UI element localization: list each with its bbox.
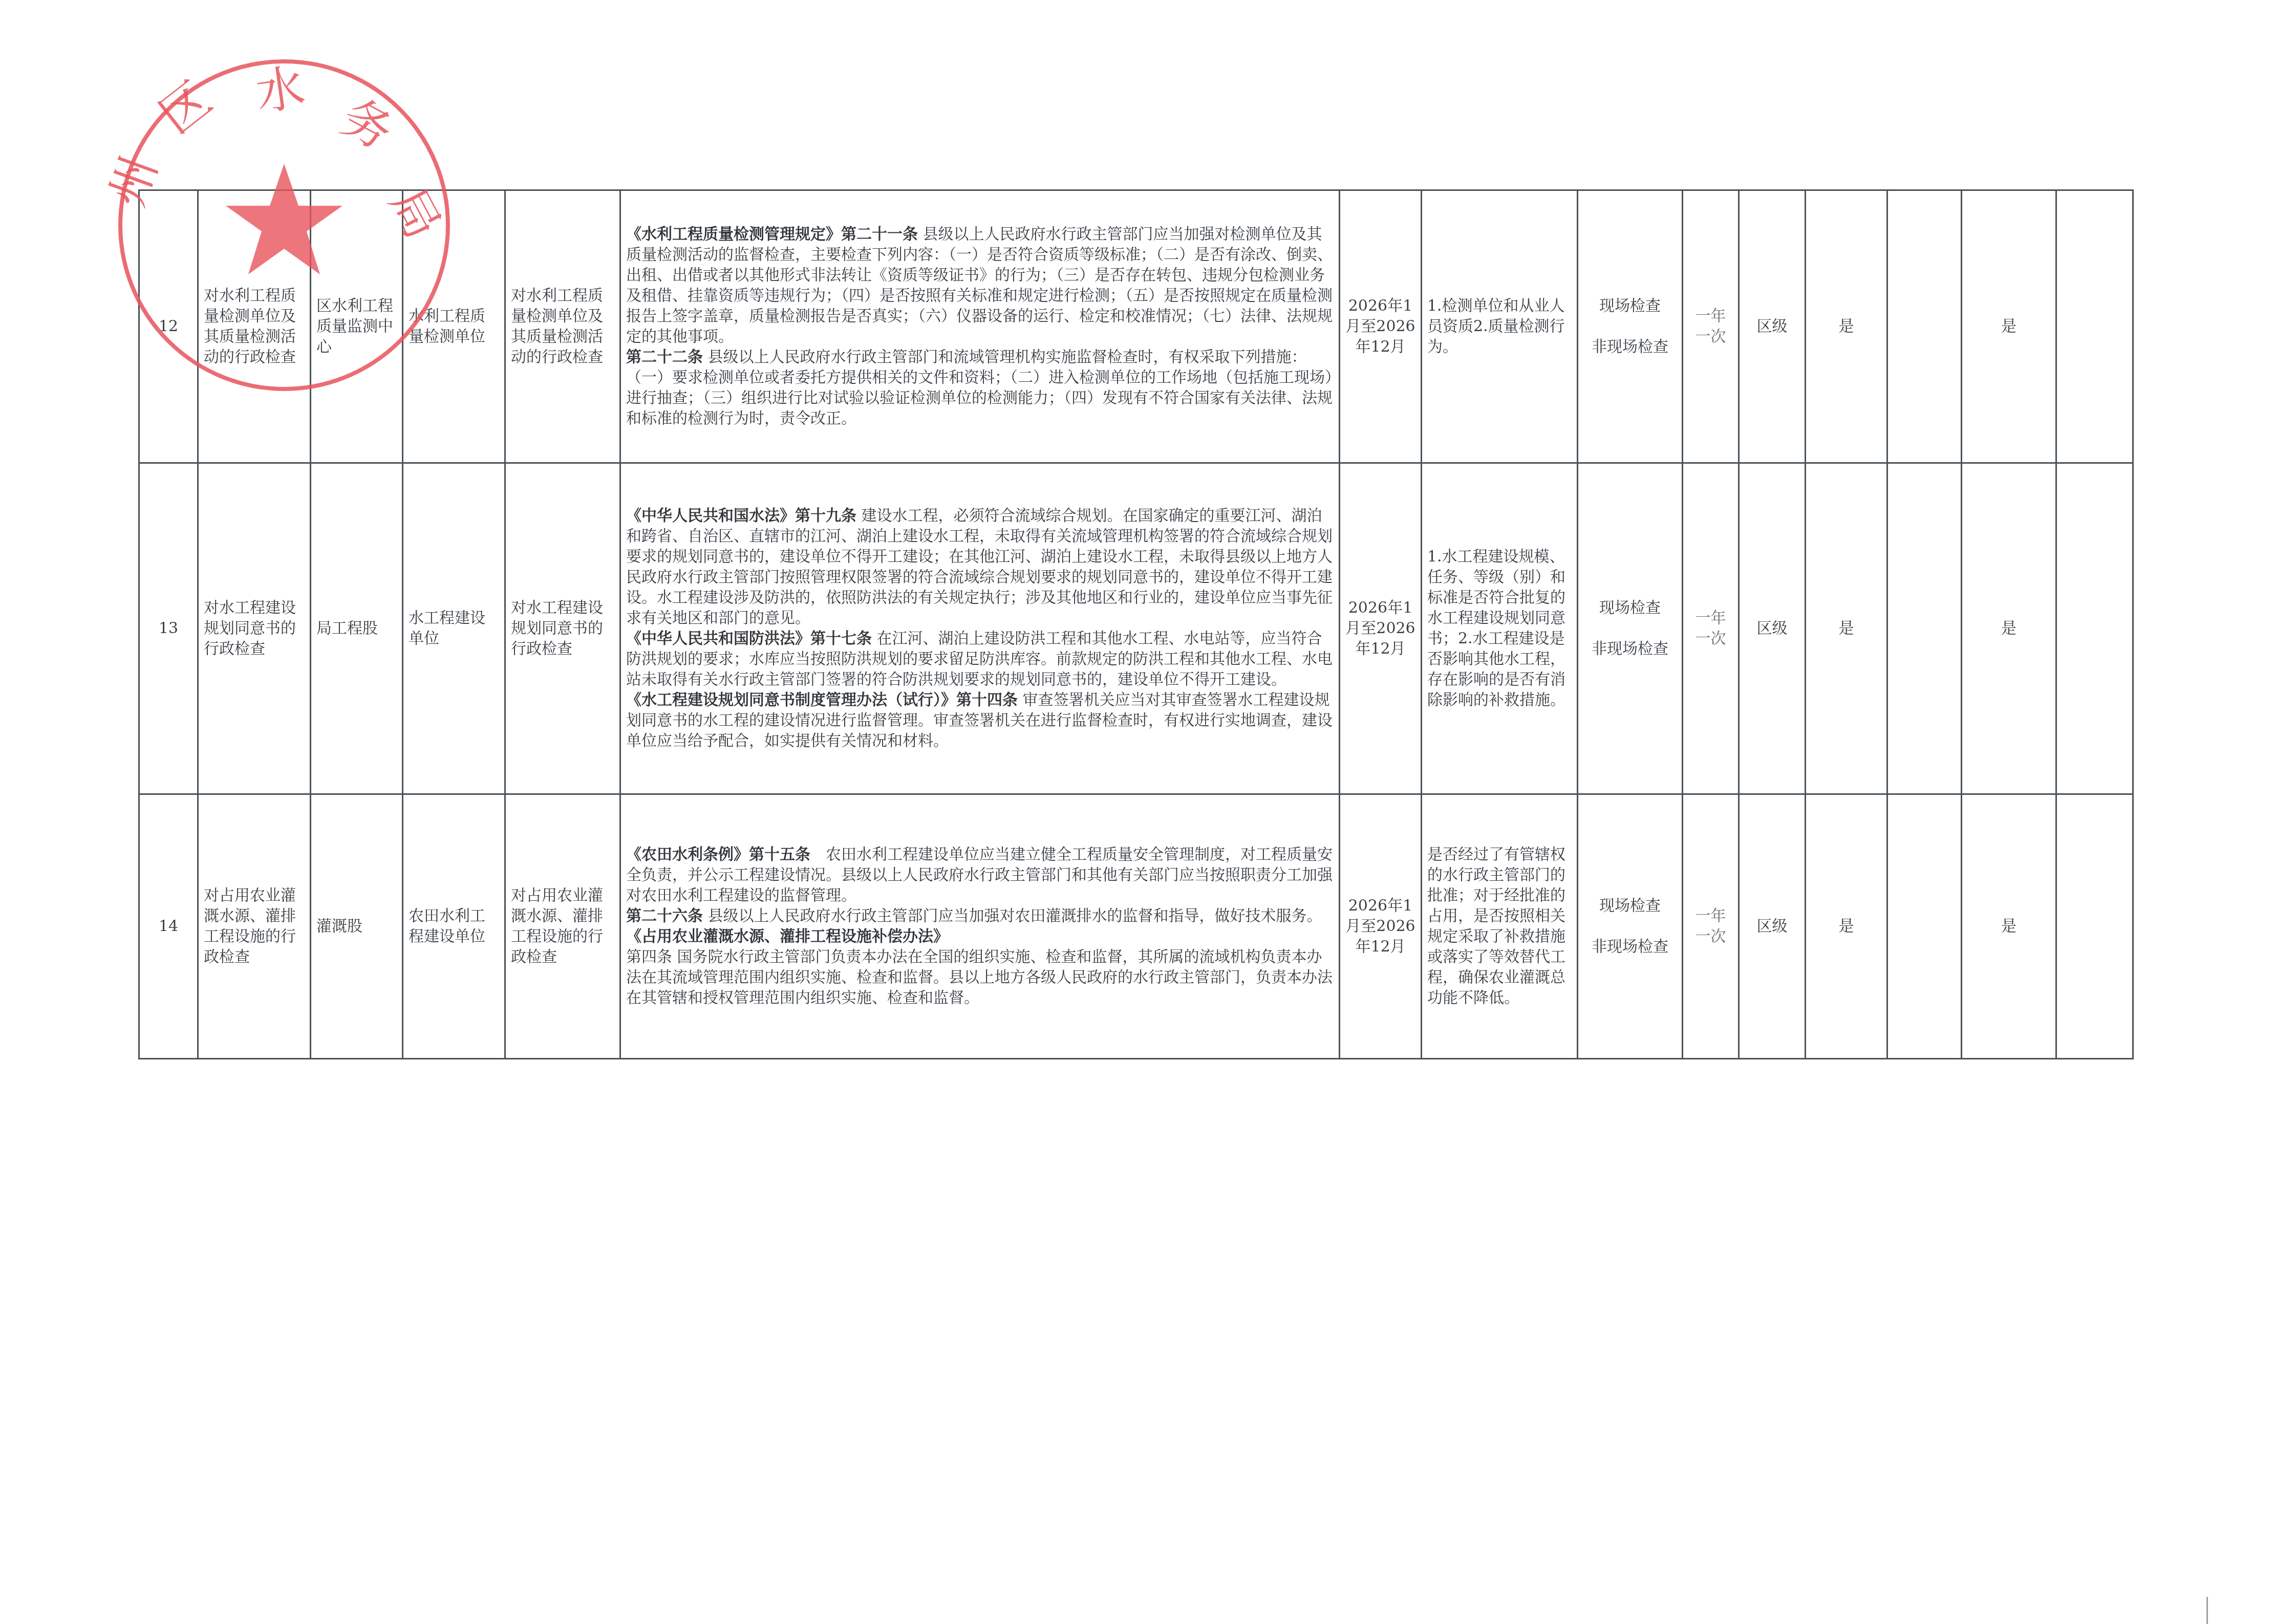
- law-text: 县级以上人民政府水行政主管部门应当加强对农田灌溉排水的监督和指导，做好技术服务。: [703, 907, 1322, 925]
- law-title: 《占用农业灌溉水源、灌排工程设施补偿办法》: [626, 927, 949, 945]
- inspection-key-points: 是否经过了有管辖权的水行政主管部门的批准；对于经批准的占用，是否按照相关规定采取…: [1422, 794, 1578, 1059]
- inspection-method: 现场检查非现场检查: [1578, 190, 1683, 463]
- legal-basis: 《中华人民共和国水法》第十九条 建设水工程，必须符合流域综合规划。在国家确定的重…: [620, 463, 1340, 794]
- law-title: 《中华人民共和国水法》第十九条: [626, 507, 856, 525]
- inspection-table: 12对水利工程质量检测单位及其质量检测活动的行政检查区水利工程质量监测中心水利工…: [138, 189, 2134, 1059]
- law-title: 第二十六条: [626, 907, 703, 925]
- flag-column-a: 是: [1806, 794, 1887, 1059]
- flag-column-c: 是: [1962, 794, 2056, 1059]
- inspection-key-points: 1.检测单位和从业人员资质2.质量检测行为。: [1422, 190, 1578, 463]
- law-text: 建设水工程，必须符合流域综合规划。在国家确定的重要江河、湖泊和跨省、自治区、直辖…: [626, 507, 1333, 627]
- flag-column-c: 是: [1962, 190, 2056, 463]
- responsible-department: 区水利工程质量监测中心: [311, 190, 403, 463]
- flag-column-b: [1887, 794, 1962, 1059]
- table-row: 13对水工程建设规划同意书的行政检查局工程股水工程建设单位对水工程建设规划同意书…: [139, 463, 2133, 794]
- inspection-frequency: 一年一次: [1683, 794, 1739, 1059]
- law-title: 《水利工程质量检测管理规定》第二十一条: [626, 225, 918, 243]
- row-number: 12: [139, 190, 198, 463]
- inspection-level: 区级: [1739, 794, 1806, 1059]
- seal-character: 务: [332, 89, 402, 161]
- method-item: 现场检查: [1583, 896, 1677, 916]
- seal-character: 区: [149, 71, 222, 145]
- method-item: 现场检查: [1583, 296, 1677, 316]
- flag-column-b: [1887, 463, 1962, 794]
- legal-basis: 《水利工程质量检测管理规定》第二十一条 县级以上人民政府水行政主管部门应当加强对…: [620, 190, 1340, 463]
- flag-column-d: [2056, 463, 2133, 794]
- legal-basis-paragraph: 第二十六条 县级以上人民政府水行政主管部门应当加强对农田灌溉排水的监督和指导，做…: [626, 906, 1334, 926]
- inspection-frequency: 一年一次: [1683, 463, 1739, 794]
- legal-basis-paragraph: 《农田水利条例》第十五条 农田水利工程建设单位应当建立健全工程质量安全管理制度，…: [626, 845, 1334, 906]
- legal-basis-paragraph: 《中华人民共和国防洪法》第十七条 在江河、湖泊上建设防洪工程和其他水工程、水电站…: [626, 629, 1334, 690]
- inspection-content: 对水工程建设规划同意书的行政检查: [505, 463, 620, 794]
- legal-basis: 《农田水利条例》第十五条 农田水利工程建设单位应当建立健全工程质量安全管理制度，…: [620, 794, 1340, 1059]
- method-spacer: [1583, 618, 1677, 639]
- legal-basis-paragraph: 《中华人民共和国水法》第十九条 建设水工程，必须符合流域综合规划。在国家确定的重…: [626, 506, 1334, 629]
- inspection-period: 2026年1月至2026年12月: [1340, 463, 1422, 794]
- inspection-object: 水工程建设单位: [403, 463, 505, 794]
- inspection-object: 水利工程质量检测单位: [403, 190, 505, 463]
- inspection-period: 2026年1月至2026年12月: [1340, 794, 1422, 1059]
- method-item: 非现场检查: [1583, 639, 1677, 659]
- inspection-level: 区级: [1739, 463, 1806, 794]
- flag-column-a: 是: [1806, 190, 1887, 463]
- row-number: 13: [139, 463, 198, 794]
- legal-basis-paragraph: 《水工程建设规划同意书制度管理办法（试行）》第十四条 审查签署机关应当对其审查签…: [626, 690, 1334, 751]
- flag-column-b: [1887, 190, 1962, 463]
- method-item: 现场检查: [1583, 598, 1677, 618]
- inspection-content: 对水利工程质量检测单位及其质量检测活动的行政检查: [505, 190, 620, 463]
- inspection-method: 现场检查非现场检查: [1578, 463, 1683, 794]
- law-title: 《中华人民共和国防洪法》第十七条: [626, 630, 872, 647]
- legal-basis-paragraph: 《占用农业灌溉水源、灌排工程设施补偿办法》: [626, 926, 1334, 947]
- row-number: 14: [139, 794, 198, 1059]
- method-item: 非现场检查: [1583, 937, 1677, 957]
- inspection-frequency: 一年一次: [1683, 190, 1739, 463]
- table-row: 12对水利工程质量检测单位及其质量检测活动的行政检查区水利工程质量监测中心水利工…: [139, 190, 2133, 463]
- seal-character: 水: [252, 59, 308, 122]
- law-title: 第二十二条: [626, 348, 703, 366]
- flag-column-a: 是: [1806, 463, 1887, 794]
- scan-corner-mark: [2206, 1597, 2208, 1624]
- law-title: 《水工程建设规划同意书制度管理办法（试行）》第十四条: [626, 691, 1018, 709]
- inspection-level: 区级: [1739, 190, 1806, 463]
- inspection-item-name: 对水工程建设规划同意书的行政检查: [198, 463, 311, 794]
- inspection-item-name: 对占用农业灌溉水源、灌排工程设施的行政检查: [198, 794, 311, 1059]
- method-spacer: [1583, 316, 1677, 337]
- legal-basis-paragraph: 第四条 国务院水行政主管部门负责本办法在全国的组织实施、检查和监督，其所属的流域…: [626, 947, 1334, 1008]
- flag-column-c: 是: [1962, 463, 2056, 794]
- legal-basis-paragraph: 《水利工程质量检测管理规定》第二十一条 县级以上人民政府水行政主管部门应当加强对…: [626, 224, 1334, 347]
- document-page: 12对水利工程质量检测单位及其质量检测活动的行政检查区水利工程质量监测中心水利工…: [0, 0, 2296, 1624]
- law-title: 《农田水利条例》第十五条: [626, 846, 810, 863]
- inspection-item-name: 对水利工程质量检测单位及其质量检测活动的行政检查: [198, 190, 311, 463]
- inspection-period: 2026年1月至2026年12月: [1340, 190, 1422, 463]
- inspection-key-points: 1.水工程建设规模、任务、等级（别）和标准是否符合批复的水工程建设规划同意书；2…: [1422, 463, 1578, 794]
- inspection-method: 现场检查非现场检查: [1578, 794, 1683, 1059]
- law-text: 县级以上人民政府水行政主管部门应当加强对检测单位及其质量检测活动的监督检查，主要…: [626, 225, 1333, 345]
- law-text: 县级以上人民政府水行政主管部门和流域管理机构实施监督检查时，有权采取下列措施：（…: [626, 348, 1333, 427]
- flag-column-d: [2056, 190, 2133, 463]
- table-row: 14对占用农业灌溉水源、灌排工程设施的行政检查灌溉股农田水利工程建设单位对占用农…: [139, 794, 2133, 1059]
- method-item: 非现场检查: [1583, 337, 1677, 357]
- legal-basis-paragraph: 第二十二条 县级以上人民政府水行政主管部门和流域管理机构实施监督检查时，有权采取…: [626, 347, 1334, 429]
- law-text: 第四条 国务院水行政主管部门负责本办法在全国的组织实施、检查和监督，其所属的流域…: [626, 948, 1333, 1007]
- flag-column-d: [2056, 794, 2133, 1059]
- method-spacer: [1583, 916, 1677, 937]
- responsible-department: 局工程股: [311, 463, 403, 794]
- responsible-department: 灌溉股: [311, 794, 403, 1059]
- inspection-object: 农田水利工程建设单位: [403, 794, 505, 1059]
- inspection-content: 对占用农业灌溉水源、灌排工程设施的行政检查: [505, 794, 620, 1059]
